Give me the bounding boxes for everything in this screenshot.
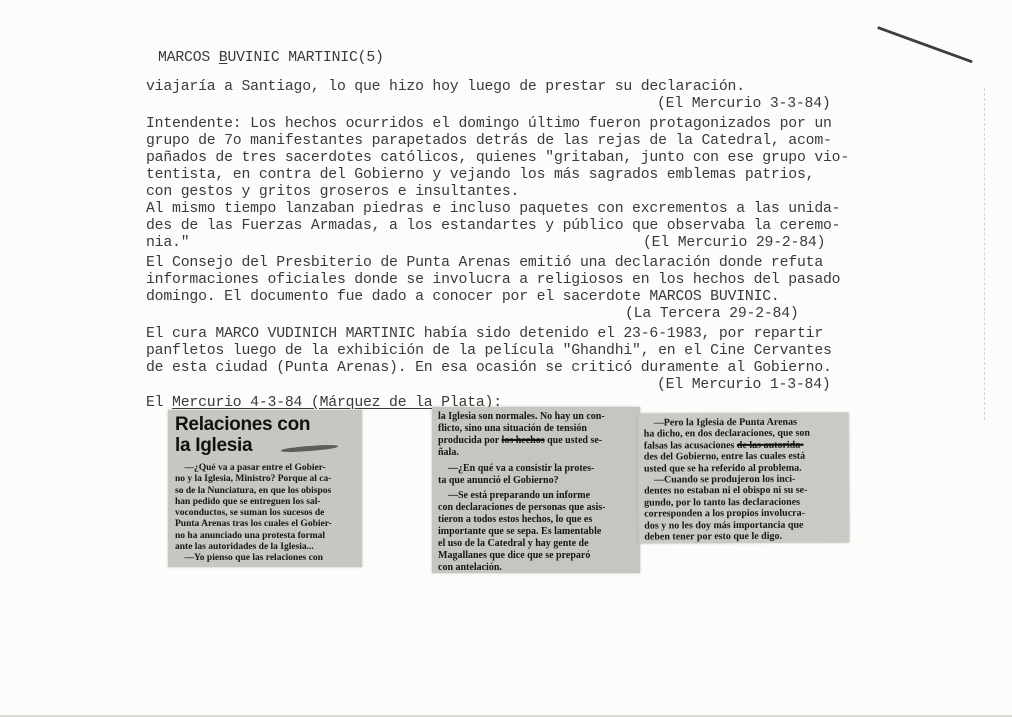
typed-line: des de las Fuerzas Armadas, a los estand… xyxy=(146,218,886,235)
clipping-line: flicto, sino una situación de tensión xyxy=(438,423,635,435)
source-citation: (La Tercera 29-2-84) xyxy=(146,306,886,323)
line-segment: que usted se- xyxy=(545,435,603,446)
typed-line: pañados de tres sacerdotes católicos, qu… xyxy=(146,150,886,167)
title-post: UVINIC MARTINIC(5) xyxy=(227,50,383,66)
typed-line: con gestos y gritos groseros e insultant… xyxy=(146,184,886,201)
clipping-headline: Relaciones con la Iglesia xyxy=(175,414,357,456)
source-citation: (El Mercurio 1-3-84) xyxy=(146,377,886,394)
typed-line: informaciones oficiales donde se involuc… xyxy=(146,272,886,289)
clipping-line: tieron a todos estos hechos, lo que es xyxy=(438,514,635,526)
clipping-line: la Iglesia son normales. No hay un con- xyxy=(438,411,635,423)
scanned-document-page: MARCOS BUVINIC MARTINIC(5) viajaría a Sa… xyxy=(0,0,1012,717)
clipping-line: han pedido que se entreguen los sal- xyxy=(175,497,357,508)
clipping-line: deben tener por esto que le digo. xyxy=(644,531,845,543)
clipping-line: ñala. xyxy=(438,447,635,459)
heading-pre: El xyxy=(146,395,172,411)
clipping-body: —¿Qué va a pasar entre el Gobier- no y l… xyxy=(175,463,357,565)
source-citation: (El Mercurio 3-3-84) xyxy=(146,96,886,113)
clipping-line: ta que anunció el Gobierno? xyxy=(438,475,635,487)
source-citation: (El Mercurio 29-2-84) xyxy=(643,235,825,252)
newspaper-clipping-3: —Pero la Iglesia de Punta Arenas ha dich… xyxy=(638,412,850,543)
newspaper-clipping-1: Relaciones con la Iglesia —¿Qué va a pas… xyxy=(168,410,362,567)
clipping-line: so de la Nunciatura, en que los obispos xyxy=(175,486,357,497)
clipping-body: —Pero la Iglesia de Punta Arenas ha dich… xyxy=(644,416,846,543)
headline-line: Relaciones con xyxy=(175,414,357,435)
typed-line: El Consejo del Presbiterio de Punta Aren… xyxy=(146,255,886,272)
newspaper-clipping-2: la Iglesia son normales. No hay un con- … xyxy=(432,407,640,573)
typed-line: domingo. El documento fue dado a conocer… xyxy=(146,289,886,306)
clipping-line: voconductos, se suman los sucesos de xyxy=(175,508,357,519)
clipping-line: no ha anunciado una protesta formal xyxy=(175,531,357,542)
typed-line: panfletos luego de la exhibición de la p… xyxy=(146,343,886,360)
typed-line: Intendente: Los hechos ocurridos el domi… xyxy=(146,116,886,133)
strikethrough-text: los hechos xyxy=(502,435,545,446)
typed-line: viajaría a Santiago, lo que hizo hoy lue… xyxy=(146,79,886,96)
typed-line: de esta ciudad (Punta Arenas). En esa oc… xyxy=(146,360,886,377)
typed-line-end: nia." xyxy=(146,235,189,251)
clipping-line: —¿Qué va a pasar entre el Gobier- xyxy=(175,463,357,474)
clipping-line: —Se está preparando un informe xyxy=(438,490,635,502)
clipping-line: con declaraciones de personas que asis- xyxy=(438,502,635,514)
clipping-line: Punta Arenas tras los cuales el Gobier- xyxy=(175,519,357,530)
clipping-line: Magallanes que dice que se preparó xyxy=(438,550,635,562)
typed-line: grupo de 7o manifestantes parapetados de… xyxy=(146,133,886,150)
clipping-line: no y la Iglesia, Ministro? Porque al ca- xyxy=(175,474,357,485)
clipping-line: —¿En qué va a consistir la protes- xyxy=(438,463,635,475)
pen-stroke-mark xyxy=(877,26,973,63)
clipping-line: con antelación. xyxy=(438,562,635,574)
clipping-line: el uso de la Catedral y hay gente de xyxy=(438,538,635,550)
clipping-line: —Yo pienso que las relaciones con xyxy=(175,553,357,564)
line-segment: producida por xyxy=(438,435,502,446)
clipping-line: ante las autoridades de la Iglesia... xyxy=(175,542,357,553)
clipping-line-with-strike: producida por los hechos que usted se- xyxy=(438,435,635,447)
typed-line: El cura MARCO VUDINICH MARTINIC había si… xyxy=(146,326,886,343)
typed-line: tentista, en contra del Gobierno y vejan… xyxy=(146,167,886,184)
line-segment: falsas las acusaciones xyxy=(644,440,737,451)
typed-text-block: MARCOS BUVINIC MARTINIC(5) viajaría a Sa… xyxy=(146,50,886,412)
typed-line: nia."(El Mercurio 29-2-84) xyxy=(146,235,886,252)
clipping-line: importante que se sepa. Es lamentable xyxy=(438,526,635,538)
paper-fold-line xyxy=(984,88,985,420)
typed-line: Al mismo tiempo lanzaban piedras e inclu… xyxy=(146,201,886,218)
strikethrough-text: de las autorida- xyxy=(737,439,804,450)
clipping-body: la Iglesia son normales. No hay un con- … xyxy=(438,411,635,574)
document-title: MARCOS BUVINIC MARTINIC(5) xyxy=(146,50,886,67)
title-pre: MARCOS xyxy=(158,50,219,66)
